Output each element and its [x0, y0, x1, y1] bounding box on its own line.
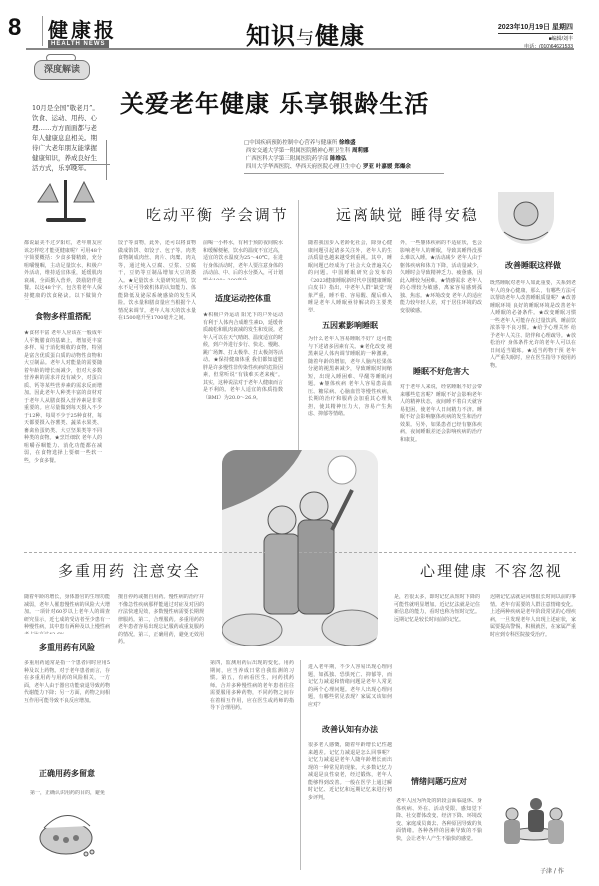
illustration-credit: 子津 / 作: [540, 866, 564, 875]
section-title: 知识与健康: [246, 16, 365, 51]
family-illustration: [496, 794, 570, 858]
diet-intro: 都说最美不过夕阳红，老年朋友应该怎样吃才能更健康呢？可用48个字简要概括：少食多…: [24, 240, 102, 300]
section-title-c: 健康: [315, 23, 365, 50]
sleeping-elder-illustration: [498, 192, 554, 244]
elderly-couple-illustration: [222, 450, 378, 646]
meds-body-2: 第一，正确认识用药的目的，避免: [30, 790, 116, 798]
sleep-subheading-3: 改善睡眠这样做: [488, 260, 578, 271]
diet-body-1: ★食材丰富 老年人应该在一般成年人平衡膳食的基础上，增加更丰富多样、易于消化吸收…: [24, 330, 102, 540]
date-block: 2023年10月19日 星期四 ■编辑/刘丰 电话：(010)64621533: [498, 22, 573, 50]
sleep-body-3: 对于老年人来说，经常睡眠不好会带来哪些危害呢？睡眠不好会影响老年人的精神状态，夜…: [400, 384, 482, 534]
meds-intro: 随着年龄的增长，身体器官的生理功能减弱，老年人罹患慢性病的风险大大增加。一项针对…: [24, 594, 110, 634]
mind-body-2: 是，若很太多，即时记忆从短时下降的可能性就明显增加。近记忆法就是记住新信息的能力…: [394, 594, 480, 664]
section-heading-mind: 心理健康 不容忽视: [420, 560, 563, 581]
byline-line: 西安交通大学第一附属医院精神心理卫生科 周莉娜: [244, 147, 444, 155]
sleep-subheading-2: 睡眠不好危害大: [400, 366, 482, 377]
diet-body-3: 前喝一小杯水，有利于预防夜间脱水和缓解便秘，饮水的温度不宜过高，适宜的饮水温度为…: [203, 240, 283, 280]
diet-subheading-1: 食物多样重搭配: [24, 311, 102, 322]
section-heading-meds: 多重用药 注意安全: [58, 560, 201, 581]
sleep-subheading-1: 五因素影响睡眠: [308, 320, 392, 331]
section-heading-sleep: 远离缺觉 睡得安稳: [336, 204, 479, 225]
section-heading-diet: 吃动平衡 学会调节: [146, 204, 289, 225]
diet-body-4: ★积极户外运动 阳光下的户外运动有利于人体内合成维生素D，延缓骨质疏松和肌肉衰减…: [203, 312, 283, 404]
sleep-intro: 随着我国步入老龄化社会，除身心健康问题引起诸多关注外，老年人的生活质量也越来越受…: [308, 240, 392, 312]
sleep-body-2: 外，一些躯体疾病的不适症状，也会影响老年人的睡眠，导致其睡得没那么难以入睡。★活…: [400, 240, 482, 350]
scale-illustration: [36, 178, 96, 226]
byline-line: 四川大学华西医院、华西天府医院心理卫生中心 罗亚 叶嘉媛 郑爆余: [244, 163, 444, 171]
meds-subheading-1: 多重用药有风险: [24, 642, 110, 653]
meds-subheading-2: 正确用药多留意: [24, 768, 110, 779]
paper-logo-en: HEALTH NEWS: [48, 40, 109, 48]
lede-text: 10月是全国“敬老月”。饮食、运动、用药、心理……方方面面都与老年人健康息息相关…: [32, 103, 102, 173]
sleep-body-4: 既然睡眠对老年人如此重要，关系到老年人的身心健康，那么，有哪些方法可以帮助老年人…: [490, 280, 576, 535]
column-divider: [300, 660, 301, 870]
section-title-b: 与: [296, 28, 315, 48]
pillbox-illustration: [36, 808, 102, 860]
mind-subheading-2: 情绪问题巧应对: [396, 776, 482, 787]
masthead-rule: [26, 48, 574, 50]
diet-subheading-2: 适度运动控体重: [203, 293, 283, 304]
issue-date: 2023年10月19日 星期四: [498, 22, 573, 34]
meds-body-3: 擅自停药或擅自用药。慢性病的治疗并不像急性疾病那样能通过对症及对因的疗法快速见效…: [118, 594, 204, 864]
meds-body-1: 多重用药通常是指一个患者同时应用5种及以上药物。对于老年患者而言，存在多重用药与…: [24, 660, 110, 756]
lede-rule-vertical: [106, 140, 107, 180]
masthead-separator: [42, 16, 43, 46]
diet-body-2: 饺子等食物，此外，还可以将食物做成馅饼、如饺子、包子等。肉类食物制成肉丝、肉片、…: [118, 240, 196, 540]
byline: □中国疾病预防控制中心营养与健康所 徐维盛 西安交通大学第一附属医院精神心理卫生…: [244, 139, 444, 174]
mind-body-1: 很多老人感慨，随着年龄增长记性越来越差。记忆力减退是怎么回事呢？记忆力减退是老年…: [308, 742, 392, 864]
mind-body-4: 迟期记忆法就是回想很长时间以前的事情。老年有需要的人群注意情绪变化。上述两种疾病…: [490, 594, 576, 774]
byline-line: □中国疾病预防控制中心营养与健康所 徐维盛: [244, 139, 444, 147]
meds-body-4: 第四，监测用药后出现的变化。用药期间，应当养成日常自我监测的习惯。第五，有病看医…: [210, 660, 294, 864]
sleep-body-1: 为什么老年人容易睡眠不好？这可能与下述诸多因素有关。★老化改变 褪黑素是人体内调…: [308, 336, 392, 440]
mind-intro: 进入老年期，不少人容易出现心理问题，如孤独、恐惧死亡、抑郁等，而记忆力减退和情绪…: [308, 664, 392, 714]
section-divider: [24, 552, 576, 553]
byline-line: 广西医科大学第三附属医院药学部 陈维弘: [244, 155, 444, 163]
page-number: 8: [8, 14, 21, 42]
mind-subheading-1: 改善认知有办法: [308, 724, 392, 735]
column-badge: 深度解读: [34, 60, 90, 80]
main-headline: 关爱老年健康 乐享银龄生活: [120, 84, 429, 119]
editor-credit: ■编辑/刘丰: [498, 35, 573, 42]
section-title-a: 知识: [246, 23, 296, 50]
lede-rule: [70, 164, 110, 165]
mind-body-3: 老年人因为所处的阶段会面临退休、身体疾病、外在、活动受限、感知觉下降、社交群体改…: [396, 798, 482, 864]
paper-logo: 健康报: [48, 14, 117, 43]
